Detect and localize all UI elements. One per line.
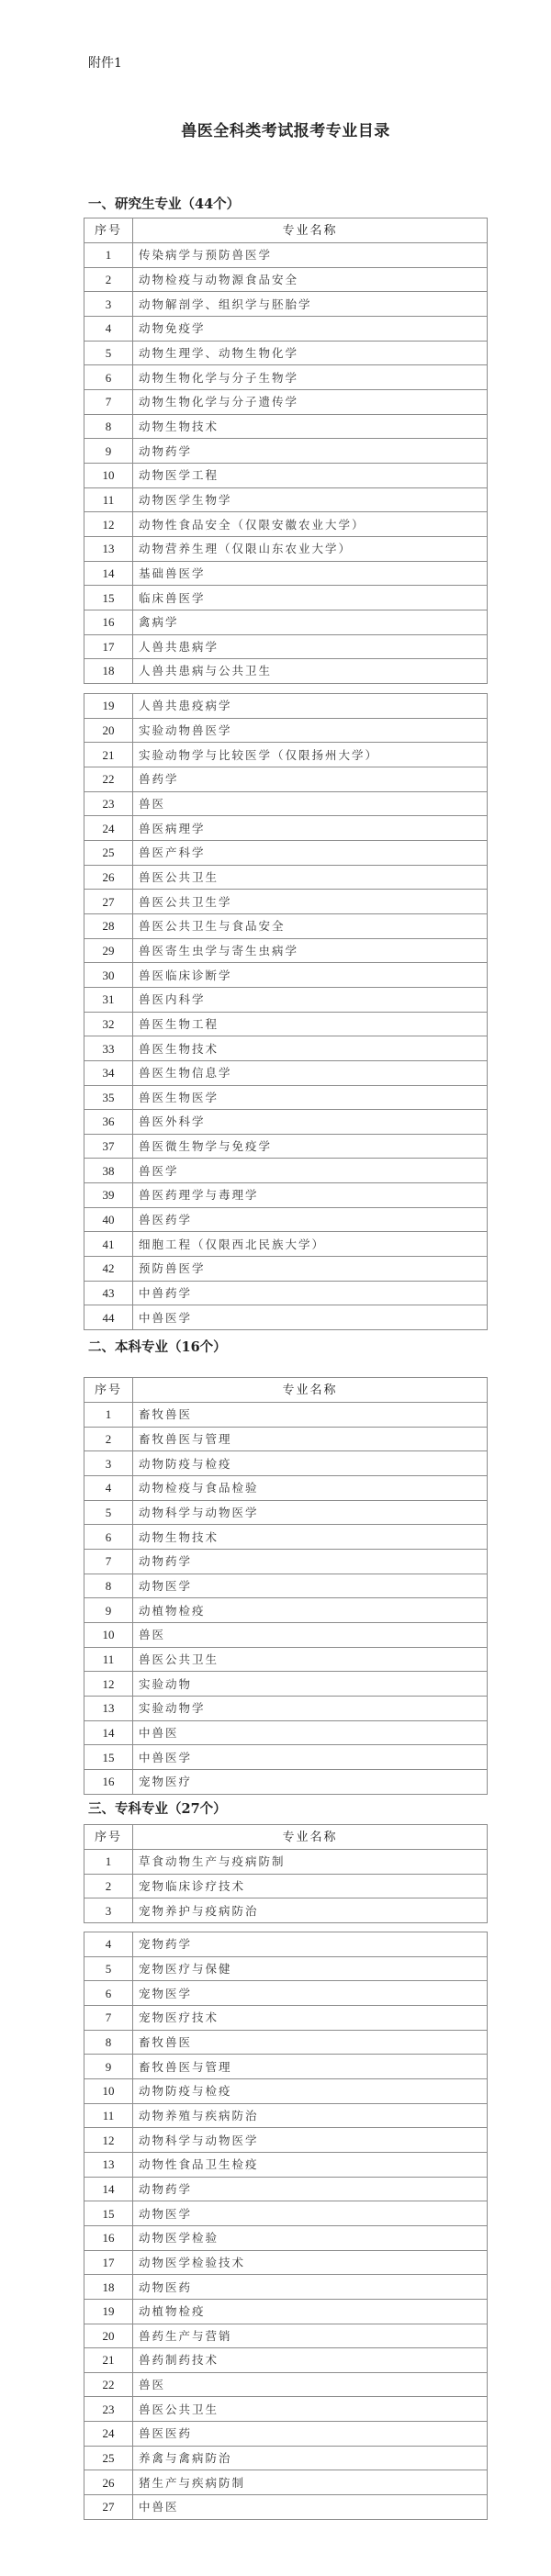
major-name: 中兽医学 (133, 1745, 488, 1770)
major-name: 宠物临床诊疗技术 (133, 1874, 488, 1898)
major-name: 人兽共患疫病学 (133, 694, 488, 719)
row-number: 27 (84, 2495, 133, 2520)
undergraduate-majors-table: 序号专业名称1畜牧兽医2畜牧兽医与管理3动物防疫与检疫4动物检疫与食品检验5动物… (84, 1377, 488, 1795)
row-number: 29 (84, 938, 133, 963)
row-number: 25 (84, 840, 133, 865)
row-number: 11 (84, 1647, 133, 1672)
table-row: 35兽医生物医学 (84, 1085, 488, 1110)
table-row: 6动物生物技术 (84, 1525, 488, 1550)
row-number: 24 (84, 2422, 133, 2447)
row-number: 20 (84, 718, 133, 743)
table-row: 14基础兽医学 (84, 561, 488, 586)
row-number: 5 (84, 1500, 133, 1525)
table-header-row: 序号专业名称 (84, 1378, 488, 1403)
major-name: 兽医临床诊断学 (133, 963, 488, 988)
row-number: 23 (84, 2397, 133, 2422)
row-number: 5 (84, 341, 133, 365)
table-row: 25兽医产科学 (84, 840, 488, 865)
table-row: 22兽药学 (84, 767, 488, 791)
major-name: 动物科学与动物医学 (133, 2128, 488, 2153)
major-name: 传染病学与预防兽医学 (133, 243, 488, 268)
major-name: 畜牧兽医 (133, 2030, 488, 2055)
row-number: 8 (84, 414, 133, 439)
major-name: 畜牧兽医与管理 (133, 2055, 488, 2079)
major-name: 动物检疫与动物源食品安全 (133, 267, 488, 292)
major-name: 草食动物生产与疫病防制 (133, 1850, 488, 1875)
section-heading-graduate: 一、研究生专业（44个） (88, 196, 240, 213)
major-name: 兽医公共卫生学 (133, 890, 488, 914)
table-row: 2动物检疫与动物源食品安全 (84, 267, 488, 292)
major-name: 动物医学检验 (133, 2225, 488, 2250)
table-row: 9畜牧兽医与管理 (84, 2055, 488, 2079)
column-header-no: 序号 (84, 1825, 133, 1850)
row-number: 1 (84, 243, 133, 268)
major-name: 兽医微生物学与免疫学 (133, 1134, 488, 1159)
table-row: 3动物防疫与检疫 (84, 1451, 488, 1476)
row-number: 12 (84, 2128, 133, 2153)
row-number: 30 (84, 963, 133, 988)
table-row: 9动植物检疫 (84, 1598, 488, 1623)
row-number: 15 (84, 2201, 133, 2226)
row-number: 43 (84, 1281, 133, 1305)
table-row: 24兽医病理学 (84, 816, 488, 841)
table-row: 3动物解剖学、组织学与胚胎学 (84, 292, 488, 317)
table-row: 12实验动物 (84, 1672, 488, 1697)
row-number: 2 (84, 1427, 133, 1451)
table-row: 16禽病学 (84, 610, 488, 634)
major-name: 宠物药学 (133, 1932, 488, 1957)
table-row: 15中兽医学 (84, 1745, 488, 1770)
row-number: 39 (84, 1183, 133, 1208)
row-number: 22 (84, 2372, 133, 2397)
table-row: 11动物养殖与疾病防治 (84, 2103, 488, 2128)
table-row: 5动物科学与动物医学 (84, 1500, 488, 1525)
major-name: 兽医寄生虫学与寄生虫病学 (133, 938, 488, 963)
major-name: 实验动物学 (133, 1696, 488, 1720)
row-number: 8 (84, 1574, 133, 1598)
table-row: 6宠物医学 (84, 1981, 488, 2006)
row-number: 14 (84, 2177, 133, 2201)
row-number: 9 (84, 439, 133, 464)
row-number: 14 (84, 1720, 133, 1745)
row-number: 14 (84, 561, 133, 586)
major-name: 动物性食品安全（仅限安徽农业大学） (133, 512, 488, 537)
major-name: 禽病学 (133, 610, 488, 634)
table-row: 7动物生物化学与分子遗传学 (84, 389, 488, 414)
major-name: 兽医外科学 (133, 1110, 488, 1135)
table-row: 43中兽药学 (84, 1281, 488, 1305)
major-name: 动物医学 (133, 1574, 488, 1598)
table-row: 36兽医外科学 (84, 1110, 488, 1135)
column-header-no: 序号 (84, 1378, 133, 1403)
table-row: 24兽医医药 (84, 2422, 488, 2447)
major-name: 动植物检疫 (133, 1598, 488, 1623)
major-name: 动物药学 (133, 1549, 488, 1574)
page-title: 兽医全科类考试报考专业目录 (0, 121, 551, 141)
row-number: 1 (84, 1850, 133, 1875)
row-number: 44 (84, 1305, 133, 1330)
major-name: 中兽药学 (133, 1281, 488, 1305)
major-name: 中兽医 (133, 1720, 488, 1745)
major-name: 动物药学 (133, 439, 488, 464)
major-name: 动物解剖学、组织学与胚胎学 (133, 292, 488, 317)
table-row: 15动物医学 (84, 2201, 488, 2226)
row-number: 7 (84, 2005, 133, 2030)
table-row: 2宠物临床诊疗技术 (84, 1874, 488, 1898)
table-row: 12动物科学与动物医学 (84, 2128, 488, 2153)
row-number: 18 (84, 2275, 133, 2300)
graduate-majors-table-part1: 序号专业名称1传染病学与预防兽医学2动物检疫与动物源食品安全3动物解剖学、组织学… (84, 218, 488, 684)
table-row: 32兽医生物工程 (84, 1012, 488, 1036)
major-name: 动植物检疫 (133, 2299, 488, 2324)
major-name: 人兽共患病学 (133, 634, 488, 659)
major-name: 动物营养生理（仅限山东农业大学） (133, 536, 488, 561)
major-name: 兽医 (133, 2372, 488, 2397)
row-number: 37 (84, 1134, 133, 1159)
row-number: 17 (84, 634, 133, 659)
table-row: 18动物医药 (84, 2275, 488, 2300)
row-number: 16 (84, 2225, 133, 2250)
major-name: 兽医生物技术 (133, 1036, 488, 1061)
major-name: 动物免疫学 (133, 316, 488, 341)
row-number: 15 (84, 1745, 133, 1770)
table-header-row: 序号专业名称 (84, 1825, 488, 1850)
major-name: 动物性食品卫生检疫 (133, 2152, 488, 2177)
table-row: 13动物性食品卫生检疫 (84, 2152, 488, 2177)
row-number: 3 (84, 1451, 133, 1476)
table-row: 1畜牧兽医 (84, 1403, 488, 1428)
table-row: 22兽医 (84, 2372, 488, 2397)
table-row: 27兽医公共卫生学 (84, 890, 488, 914)
column-header-name: 专业名称 (133, 1378, 488, 1403)
table-row: 17人兽共患病学 (84, 634, 488, 659)
row-number: 22 (84, 767, 133, 791)
row-number: 20 (84, 2324, 133, 2348)
row-number: 3 (84, 1898, 133, 1923)
major-name: 实验动物兽医学 (133, 718, 488, 743)
row-number: 8 (84, 2030, 133, 2055)
major-name: 动物检疫与食品检验 (133, 1475, 488, 1500)
major-name: 兽医药理学与毒理学 (133, 1183, 488, 1208)
major-name: 兽医内科学 (133, 987, 488, 1012)
column-header-name: 专业名称 (133, 218, 488, 243)
row-number: 23 (84, 791, 133, 816)
table-row: 8畜牧兽医 (84, 2030, 488, 2055)
major-name: 兽药生产与营销 (133, 2324, 488, 2348)
row-number: 7 (84, 389, 133, 414)
row-number: 33 (84, 1036, 133, 1061)
table-row: 14中兽医 (84, 1720, 488, 1745)
major-name: 动物生理学、动物生物化学 (133, 341, 488, 365)
table-row: 17动物医学检验技术 (84, 2250, 488, 2275)
table-row: 4宠物药学 (84, 1932, 488, 1957)
table-row: 26猪生产与疾病防制 (84, 2470, 488, 2495)
row-number: 21 (84, 2348, 133, 2373)
major-name: 动物生物技术 (133, 414, 488, 439)
row-number: 11 (84, 2103, 133, 2128)
row-number: 13 (84, 536, 133, 561)
table-row: 5动物生理学、动物生物化学 (84, 341, 488, 365)
major-name: 细胞工程（仅限西北民族大学） (133, 1232, 488, 1257)
row-number: 4 (84, 1932, 133, 1957)
row-number: 16 (84, 1769, 133, 1794)
major-name: 兽医公共卫生与食品安全 (133, 913, 488, 938)
row-number: 13 (84, 2152, 133, 2177)
table-row: 42预防兽医学 (84, 1257, 488, 1282)
table-row: 6动物生物化学与分子生物学 (84, 365, 488, 390)
major-name: 兽医生物工程 (133, 1012, 488, 1036)
table-row: 7宠物医疗技术 (84, 2005, 488, 2030)
junior-college-majors-table-part2: 4宠物药学5宠物医疗与保健6宠物医学7宠物医疗技术8畜牧兽医9畜牧兽医与管理10… (84, 1932, 488, 2520)
row-number: 21 (84, 743, 133, 767)
table-row: 19动植物检疫 (84, 2299, 488, 2324)
table-row: 9动物药学 (84, 439, 488, 464)
table-row: 34兽医生物信息学 (84, 1060, 488, 1085)
attachment-label: 附件1 (88, 55, 122, 72)
table-row: 26兽医公共卫生 (84, 865, 488, 890)
table-row: 11动物医学生物学 (84, 487, 488, 512)
column-header-name: 专业名称 (133, 1825, 488, 1850)
major-name: 动物防疫与检疫 (133, 2078, 488, 2103)
table-row: 21实验动物学与比较医学（仅限扬州大学） (84, 743, 488, 767)
major-name: 兽医药学 (133, 1207, 488, 1232)
table-row: 29兽医寄生虫学与寄生虫病学 (84, 938, 488, 963)
row-number: 26 (84, 2470, 133, 2495)
row-number: 13 (84, 1696, 133, 1720)
row-number: 4 (84, 1475, 133, 1500)
table-row: 1传染病学与预防兽医学 (84, 243, 488, 268)
row-number: 26 (84, 865, 133, 890)
row-number: 6 (84, 365, 133, 390)
row-number: 6 (84, 1525, 133, 1550)
major-name: 人兽共患病与公共卫生 (133, 659, 488, 684)
table-row: 19人兽共患疫病学 (84, 694, 488, 719)
table-row: 13实验动物学 (84, 1696, 488, 1720)
major-name: 养禽与禽病防治 (133, 2446, 488, 2470)
section-heading-undergraduate: 二、本科专业（16个） (88, 1339, 227, 1356)
major-name: 兽药学 (133, 767, 488, 791)
major-name: 兽医公共卫生 (133, 865, 488, 890)
table-row: 37兽医微生物学与免疫学 (84, 1134, 488, 1159)
row-number: 2 (84, 1874, 133, 1898)
table-row: 44中兽医学 (84, 1305, 488, 1330)
table-row: 16动物医学检验 (84, 2225, 488, 2250)
table-row: 10动物医学工程 (84, 463, 488, 487)
table-row: 41细胞工程（仅限西北民族大学） (84, 1232, 488, 1257)
table-row: 13动物营养生理（仅限山东农业大学） (84, 536, 488, 561)
major-name: 动物医学工程 (133, 463, 488, 487)
major-name: 兽医公共卫生 (133, 2397, 488, 2422)
row-number: 34 (84, 1060, 133, 1085)
table-row: 10兽医 (84, 1622, 488, 1647)
row-number: 10 (84, 1622, 133, 1647)
major-name: 预防兽医学 (133, 1257, 488, 1282)
major-name: 中兽医学 (133, 1305, 488, 1330)
major-name: 动物养殖与疾病防治 (133, 2103, 488, 2128)
table-row: 20实验动物兽医学 (84, 718, 488, 743)
row-number: 12 (84, 1672, 133, 1697)
table-row: 30兽医临床诊断学 (84, 963, 488, 988)
row-number: 41 (84, 1232, 133, 1257)
table-row: 3宠物养护与疫病防治 (84, 1898, 488, 1923)
major-name: 宠物医疗技术 (133, 2005, 488, 2030)
row-number: 18 (84, 659, 133, 684)
section-heading-junior-college: 三、专科专业（27个） (88, 1801, 227, 1818)
row-number: 42 (84, 1257, 133, 1282)
row-number: 12 (84, 512, 133, 537)
major-name: 兽药制药技术 (133, 2348, 488, 2373)
row-number: 2 (84, 267, 133, 292)
major-name: 动物医药 (133, 2275, 488, 2300)
table-row: 33兽医生物技术 (84, 1036, 488, 1061)
row-number: 40 (84, 1207, 133, 1232)
table-row: 27中兽医 (84, 2495, 488, 2520)
row-number: 7 (84, 1549, 133, 1574)
major-name: 畜牧兽医与管理 (133, 1427, 488, 1451)
row-number: 25 (84, 2446, 133, 2470)
major-name: 动物生物化学与分子遗传学 (133, 389, 488, 414)
row-number: 5 (84, 1956, 133, 1981)
table-row: 2畜牧兽医与管理 (84, 1427, 488, 1451)
table-row: 39兽医药理学与毒理学 (84, 1183, 488, 1208)
major-name: 动物生物技术 (133, 1525, 488, 1550)
major-name: 兽医生物信息学 (133, 1060, 488, 1085)
row-number: 19 (84, 2299, 133, 2324)
table-row: 10动物防疫与检疫 (84, 2078, 488, 2103)
row-number: 31 (84, 987, 133, 1012)
major-name: 动物生物化学与分子生物学 (133, 365, 488, 390)
major-name: 动物防疫与检疫 (133, 1451, 488, 1476)
row-number: 27 (84, 890, 133, 914)
table-row: 7动物药学 (84, 1549, 488, 1574)
row-number: 9 (84, 1598, 133, 1623)
table-row: 14动物药学 (84, 2177, 488, 2201)
major-name: 动物医学生物学 (133, 487, 488, 512)
table-row: 21兽药制药技术 (84, 2348, 488, 2373)
row-number: 36 (84, 1110, 133, 1135)
row-number: 6 (84, 1981, 133, 2006)
row-number: 9 (84, 2055, 133, 2079)
table-row: 5宠物医疗与保健 (84, 1956, 488, 1981)
major-name: 畜牧兽医 (133, 1403, 488, 1428)
row-number: 10 (84, 463, 133, 487)
major-name: 实验动物 (133, 1672, 488, 1697)
table-row: 18人兽共患病与公共卫生 (84, 659, 488, 684)
major-name: 基础兽医学 (133, 561, 488, 586)
row-number: 19 (84, 694, 133, 719)
table-row: 20兽药生产与营销 (84, 2324, 488, 2348)
major-name: 实验动物学与比较医学（仅限扬州大学） (133, 743, 488, 767)
graduate-majors-table-part2: 19人兽共患疫病学20实验动物兽医学21实验动物学与比较医学（仅限扬州大学）22… (84, 693, 488, 1330)
major-name: 动物科学与动物医学 (133, 1500, 488, 1525)
junior-college-majors-table-part1: 序号专业名称1草食动物生产与疫病防制2宠物临床诊疗技术3宠物养护与疫病防治 (84, 1824, 488, 1923)
table-row: 16宠物医疗 (84, 1769, 488, 1794)
row-number: 4 (84, 316, 133, 341)
major-name: 宠物医疗 (133, 1769, 488, 1794)
major-name: 兽医生物医学 (133, 1085, 488, 1110)
major-name: 兽医产科学 (133, 840, 488, 865)
row-number: 10 (84, 2078, 133, 2103)
table-row: 12动物性食品安全（仅限安徽农业大学） (84, 512, 488, 537)
table-row: 8动物医学 (84, 1574, 488, 1598)
major-name: 兽医医药 (133, 2422, 488, 2447)
table-row: 23兽医 (84, 791, 488, 816)
row-number: 38 (84, 1159, 133, 1183)
column-header-no: 序号 (84, 218, 133, 243)
row-number: 3 (84, 292, 133, 317)
major-name: 猪生产与疾病防制 (133, 2470, 488, 2495)
table-row: 11兽医公共卫生 (84, 1647, 488, 1672)
table-row: 28兽医公共卫生与食品安全 (84, 913, 488, 938)
major-name: 兽医 (133, 1622, 488, 1647)
row-number: 32 (84, 1012, 133, 1036)
row-number: 16 (84, 610, 133, 634)
table-row: 4动物检疫与食品检验 (84, 1475, 488, 1500)
table-row: 23兽医公共卫生 (84, 2397, 488, 2422)
major-name: 中兽医 (133, 2495, 488, 2520)
table-header-row: 序号专业名称 (84, 218, 488, 243)
table-row: 38兽医学 (84, 1159, 488, 1183)
row-number: 35 (84, 1085, 133, 1110)
table-row: 8动物生物技术 (84, 414, 488, 439)
major-name: 临床兽医学 (133, 586, 488, 610)
major-name: 兽医病理学 (133, 816, 488, 841)
major-name: 兽医学 (133, 1159, 488, 1183)
table-row: 15临床兽医学 (84, 586, 488, 610)
table-row: 1草食动物生产与疫病防制 (84, 1850, 488, 1875)
major-name: 动物医学检验技术 (133, 2250, 488, 2275)
row-number: 11 (84, 487, 133, 512)
table-row: 40兽医药学 (84, 1207, 488, 1232)
major-name: 兽医公共卫生 (133, 1647, 488, 1672)
row-number: 28 (84, 913, 133, 938)
row-number: 24 (84, 816, 133, 841)
table-row: 31兽医内科学 (84, 987, 488, 1012)
major-name: 宠物养护与疫病防治 (133, 1898, 488, 1923)
major-name: 兽医 (133, 791, 488, 816)
major-name: 动物药学 (133, 2177, 488, 2201)
table-row: 4动物免疫学 (84, 316, 488, 341)
row-number: 17 (84, 2250, 133, 2275)
major-name: 宠物医学 (133, 1981, 488, 2006)
row-number: 1 (84, 1403, 133, 1428)
major-name: 动物医学 (133, 2201, 488, 2226)
row-number: 15 (84, 586, 133, 610)
table-row: 25养禽与禽病防治 (84, 2446, 488, 2470)
major-name: 宠物医疗与保健 (133, 1956, 488, 1981)
